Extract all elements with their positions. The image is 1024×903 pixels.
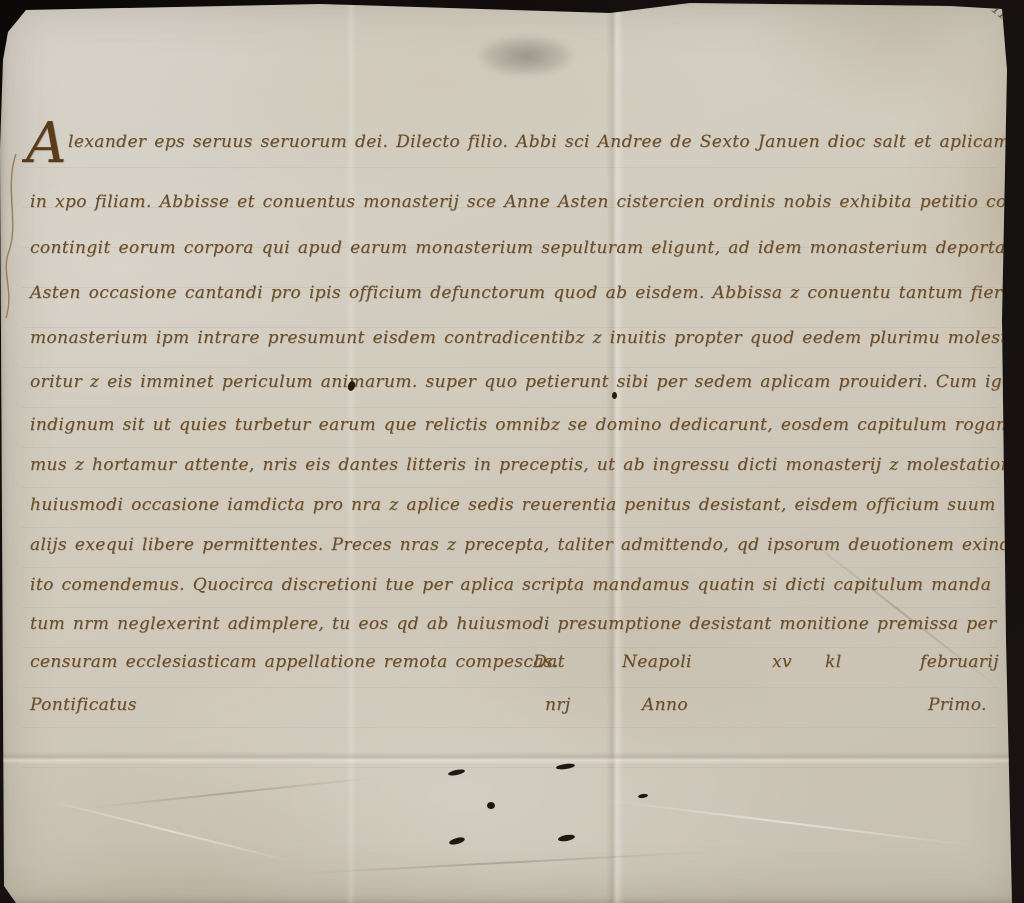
manuscript-line-3: contingit eorum corpora qui apud earum m… — [30, 238, 990, 258]
manuscript-line-11: ito comendemus. Quocirca discretioni tue… — [30, 575, 960, 595]
photo-backdrop: A lexander eps seruus seruorum dei. Dile… — [0, 0, 1024, 903]
manuscript-line-4: Asten occasione cantandi pro ipis offici… — [30, 283, 990, 303]
subscription-pontificatus: Pontificatus — [30, 695, 137, 715]
ruling-lines — [22, 128, 997, 778]
wrinkle-crease — [44, 799, 297, 864]
manuscript-line-5: monasterium ipm intrare presumunt eisdem… — [30, 328, 990, 348]
seal-cord-slit — [638, 793, 648, 798]
subscription-primo: Primo. — [928, 695, 987, 715]
subscription-anno: Anno — [642, 695, 688, 715]
dateline-month: februarij — [920, 652, 999, 672]
manuscript-line-2: in xpo filiam. Abbisse et conuentus mona… — [30, 192, 990, 212]
wrinkle-crease — [601, 799, 978, 847]
manuscript-line-1: lexander eps seruus seruorum dei. Dilect… — [30, 132, 990, 152]
wrinkle-crease — [81, 776, 380, 809]
ink-blot — [612, 392, 617, 399]
dateline-place: Neapoli — [622, 652, 692, 672]
dateline-closing: censuram ecclesiasticam appellatione rem… — [30, 652, 559, 672]
seal-cord-slit — [487, 802, 495, 809]
wrinkle-crease — [290, 851, 710, 875]
parchment: A lexander eps seruus seruorum dei. Dile… — [0, 0, 1024, 903]
seal-cord-slit — [448, 768, 466, 776]
marginal-flourish — [0, 150, 30, 330]
manuscript-line-10: alijs exequi libere permittentes. Preces… — [30, 535, 990, 555]
subscription-nri: nrj — [545, 695, 571, 715]
dateline-dat: Dat — [533, 652, 565, 672]
dateline-kalends: kl — [825, 652, 842, 672]
faded-stamp-smudge — [478, 36, 574, 76]
manuscript-line-6: oritur z eis imminet periculum animarum.… — [30, 372, 960, 392]
seal-cord-slit — [558, 834, 576, 843]
manuscript-line-12: tum nrm neglexerint adimplere, tu eos qd… — [30, 614, 720, 634]
manuscript-line-9: huiusmodi occasione iamdicta pro nra z a… — [30, 495, 990, 515]
manuscript-line-8: mus z hortamur attente, nris eis dantes … — [30, 455, 990, 475]
horizontal-fold-crease — [0, 752, 1024, 764]
manuscript-line-7: indignum sit ut quies turbetur earum que… — [30, 415, 990, 435]
seal-cord-slit — [448, 836, 465, 846]
folio-number: 11 — [988, 0, 1011, 23]
dateline-day: xv — [772, 652, 792, 672]
seal-cord-slit — [556, 763, 576, 771]
